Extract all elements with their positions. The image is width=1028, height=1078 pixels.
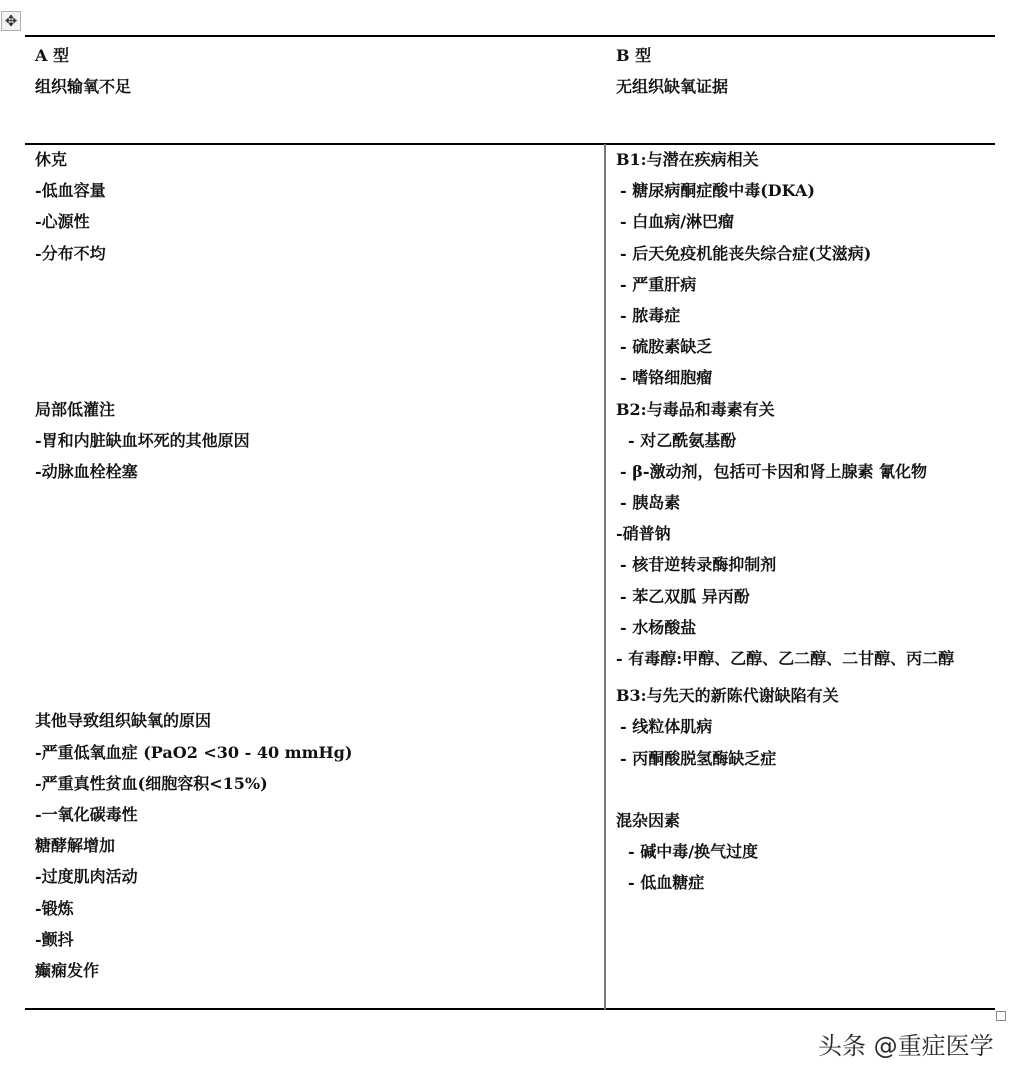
list-item: -分布不均 <box>35 238 595 269</box>
group-heading: 局部低灌注 <box>35 394 595 425</box>
list-item: -胃和内脏缺血坏死的其他原因 <box>35 425 595 456</box>
list-item: - 白血病/淋巴瘤 <box>616 206 988 237</box>
list-item: - 严重肝病 <box>616 269 988 300</box>
group-heading: 休克 <box>35 144 595 175</box>
list-item: - 线粒体肌病 <box>616 711 988 742</box>
list-item: - 低血糖症 <box>616 867 988 898</box>
body-cell-type-b: B1:与潜在疾病相关 - 糖尿病酮症酸中毒(DKA) - 白血病/淋巴瘤 - 后… <box>616 144 988 899</box>
group-regional-hypoperfusion: 局部低灌注 -胃和内脏缺血坏死的其他原因 -动脉血栓栓塞 <box>35 394 595 488</box>
list-item: - 胰岛素 <box>616 487 988 518</box>
table-bottom-border <box>25 1008 995 1010</box>
list-item: -心源性 <box>35 206 595 237</box>
list-item: - 水杨酸盐 <box>616 612 988 643</box>
list-item: - β-激动剂，包括可卡因和肾上腺素 氰化物 <box>616 456 988 487</box>
group-heading: 癫痫发作 <box>35 955 595 986</box>
group-heading: B2:与毒品和毒素有关 <box>616 394 988 425</box>
list-item: -严重真性贫血(细胞容积<15%) <box>35 768 595 799</box>
list-item: -过度肌肉活动 <box>35 861 595 892</box>
list-item: -严重低氧血症 (PaO2 <30 - 40 mmHg) <box>35 737 595 768</box>
list-item: - 有毒醇:甲醇、乙醇、乙二醇、二甘醇、丙二醇 <box>616 643 988 674</box>
watermark-text: 头条 @重症医学 <box>818 1026 994 1061</box>
list-item: - 对乙酰氨基酚 <box>616 425 988 456</box>
list-item: - 硫胺素缺乏 <box>616 331 988 362</box>
group-b1-underlying-disease: B1:与潜在疾病相关 - 糖尿病酮症酸中毒(DKA) - 白血病/淋巴瘤 - 后… <box>616 144 988 394</box>
list-item: - 后天免疫机能丧失综合症(艾滋病) <box>616 238 988 269</box>
group-miscellaneous: 混杂因素 - 碱中毒/换气过度 - 低血糖症 <box>616 805 988 899</box>
list-item: -锻炼 <box>35 893 595 924</box>
list-item: - 脓毒症 <box>616 300 988 331</box>
list-item: -低血容量 <box>35 175 595 206</box>
table-move-handle-icon[interactable]: ✥ <box>1 11 21 31</box>
list-item: -硝普钠 <box>616 518 988 549</box>
group-heading: 其他导致组织缺氧的原因 <box>35 705 595 736</box>
table-resize-handle[interactable] <box>996 1011 1006 1021</box>
list-item: - 丙酮酸脱氢酶缺乏症 <box>616 743 988 774</box>
list-item: -一氧化碳毒性 <box>35 799 595 830</box>
table-column-divider <box>604 144 606 1010</box>
header-subtitle-a: 组织输氧不足 <box>35 71 131 102</box>
group-heading: 混杂因素 <box>616 805 988 836</box>
list-item: -动脉血栓栓塞 <box>35 456 595 487</box>
header-cell-type-b: B 型 无组织缺氧证据 <box>616 40 728 102</box>
group-other-hypoxia-causes: 其他导致组织缺氧的原因 -严重低氧血症 (PaO2 <30 - 40 mmHg)… <box>35 705 595 830</box>
group-seizure: 癫痫发作 <box>35 955 595 986</box>
header-subtitle-b: 无组织缺氧证据 <box>616 71 728 102</box>
group-b3-inborn-errors: B3:与先天的新陈代谢缺陷有关 - 线粒体肌病 - 丙酮酸脱氢酶缺乏症 <box>616 680 988 774</box>
table-top-border <box>25 35 995 37</box>
list-item: - 糖尿病酮症酸中毒(DKA) <box>616 175 988 206</box>
group-heading: 糖酵解增加 <box>35 830 595 861</box>
body-cell-type-a: 休克 -低血容量 -心源性 -分布不均 局部低灌注 -胃和内脏缺血坏死的其他原因… <box>35 144 595 986</box>
header-cell-type-a: A 型 组织输氧不足 <box>35 40 131 102</box>
header-title-a: A 型 <box>35 40 131 71</box>
group-heading: B3:与先天的新陈代谢缺陷有关 <box>616 680 988 711</box>
group-increased-glycolysis: 糖酵解增加 -过度肌肉活动 -锻炼 -颤抖 <box>35 830 595 955</box>
group-b2-drugs-toxins: B2:与毒品和毒素有关 - 对乙酰氨基酚 - β-激动剂，包括可卡因和肾上腺素 … <box>616 394 988 675</box>
group-shock: 休克 -低血容量 -心源性 -分布不均 <box>35 144 595 269</box>
list-item: - 碱中毒/换气过度 <box>616 836 988 867</box>
list-item: - 核苷逆转录酶抑制剂 <box>616 549 988 580</box>
list-item: -颤抖 <box>35 924 595 955</box>
list-item: - 苯乙双胍 异丙酚 <box>616 581 988 612</box>
group-heading: B1:与潜在疾病相关 <box>616 144 988 175</box>
list-item: - 嗜铬细胞瘤 <box>616 362 988 393</box>
header-title-b: B 型 <box>616 40 728 71</box>
